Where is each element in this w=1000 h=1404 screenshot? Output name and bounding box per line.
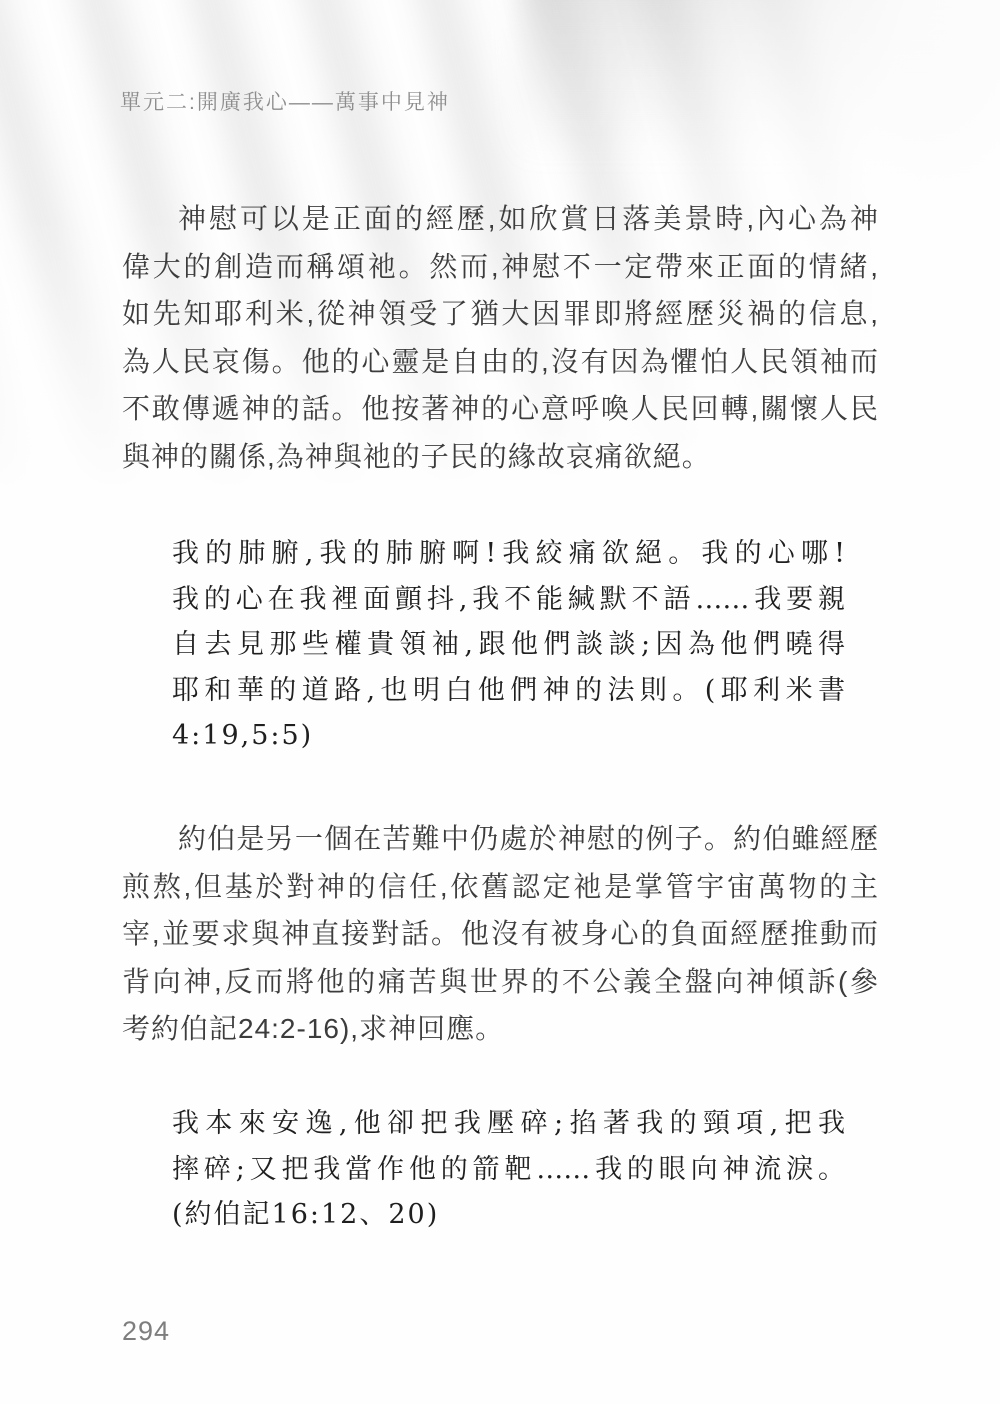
- body-line: 考約伯記24:2-16),求神回應。: [122, 1005, 878, 1053]
- running-header: 單元二:開廣我心——萬事中見神: [120, 86, 450, 116]
- body-line: 約伯是另一個在苦難中仍處於神慰的例子。約伯雖經歷: [122, 815, 878, 863]
- body-line: 不敢傳遞神的話。他按著神的心意呼喚人民回轉,關懷人民: [122, 385, 878, 433]
- body-line: 神慰可以是正面的經歷,如欣賞日落美景時,內心為神: [122, 195, 878, 243]
- body-line: 為人民哀傷。他的心靈是自由的,沒有因為懼怕人民領袖而: [122, 338, 878, 386]
- paragraph-2: 約伯是另一個在苦難中仍處於神慰的例子。約伯雖經歷 煎熬,但基於對神的信任,依舊認…: [122, 815, 878, 1053]
- body-line: 背向神,反而將他的痛苦與世界的不公義全盤向神傾訴(參: [122, 958, 878, 1006]
- quote-reference: (約伯記16:12、20): [172, 1192, 845, 1238]
- paragraph-1: 神慰可以是正面的經歷,如欣賞日落美景時,內心為神 偉大的創造而稱頌祂。然而,神慰…: [122, 195, 878, 480]
- scripture-quote-jeremiah: 我的肺腑,我的肺腑啊!我絞痛欲絕。我的心哪! 我的心在我裡面顫抖,我不能緘默不語…: [172, 531, 845, 759]
- quote-line: 我的心在我裡面顫抖,我不能緘默不語……我要親: [172, 577, 845, 623]
- quote-line: 摔碎;又把我當作他的箭靶……我的眼向神流淚。: [172, 1147, 845, 1193]
- body-line: 偉大的創造而稱頌祂。然而,神慰不一定帶來正面的情緒,: [122, 243, 878, 291]
- body-line: 宰,並要求與神直接對話。他沒有被身心的負面經歷推動而: [122, 910, 878, 958]
- quote-line: 我本來安逸,他卻把我壓碎;掐著我的頸項,把我: [172, 1101, 845, 1147]
- page-number: 294: [122, 1316, 170, 1347]
- body-line: 煎熬,但基於對神的信任,依舊認定祂是掌管宇宙萬物的主: [122, 863, 878, 911]
- book-page: 單元二:開廣我心——萬事中見神 神慰可以是正面的經歷,如欣賞日落美景時,內心為神…: [0, 0, 1000, 1404]
- quote-line: 自去見那些權貴領袖,跟他們談談;因為他們曉得: [172, 622, 845, 668]
- body-line: 如先知耶利米,從神領受了猶大因罪即將經歷災禍的信息,: [122, 290, 878, 338]
- body-line: 與神的關係,為神與祂的子民的緣故哀痛欲絕。: [122, 433, 878, 481]
- quote-reference: 4:19,5:5): [172, 713, 845, 759]
- quote-line: 我的肺腑,我的肺腑啊!我絞痛欲絕。我的心哪!: [172, 531, 845, 577]
- quote-line: 耶和華的道路,也明白他們神的法則。(耶利米書: [172, 668, 845, 714]
- scripture-quote-job: 我本來安逸,他卻把我壓碎;掐著我的頸項,把我 摔碎;又把我當作他的箭靶……我的眼…: [172, 1101, 845, 1238]
